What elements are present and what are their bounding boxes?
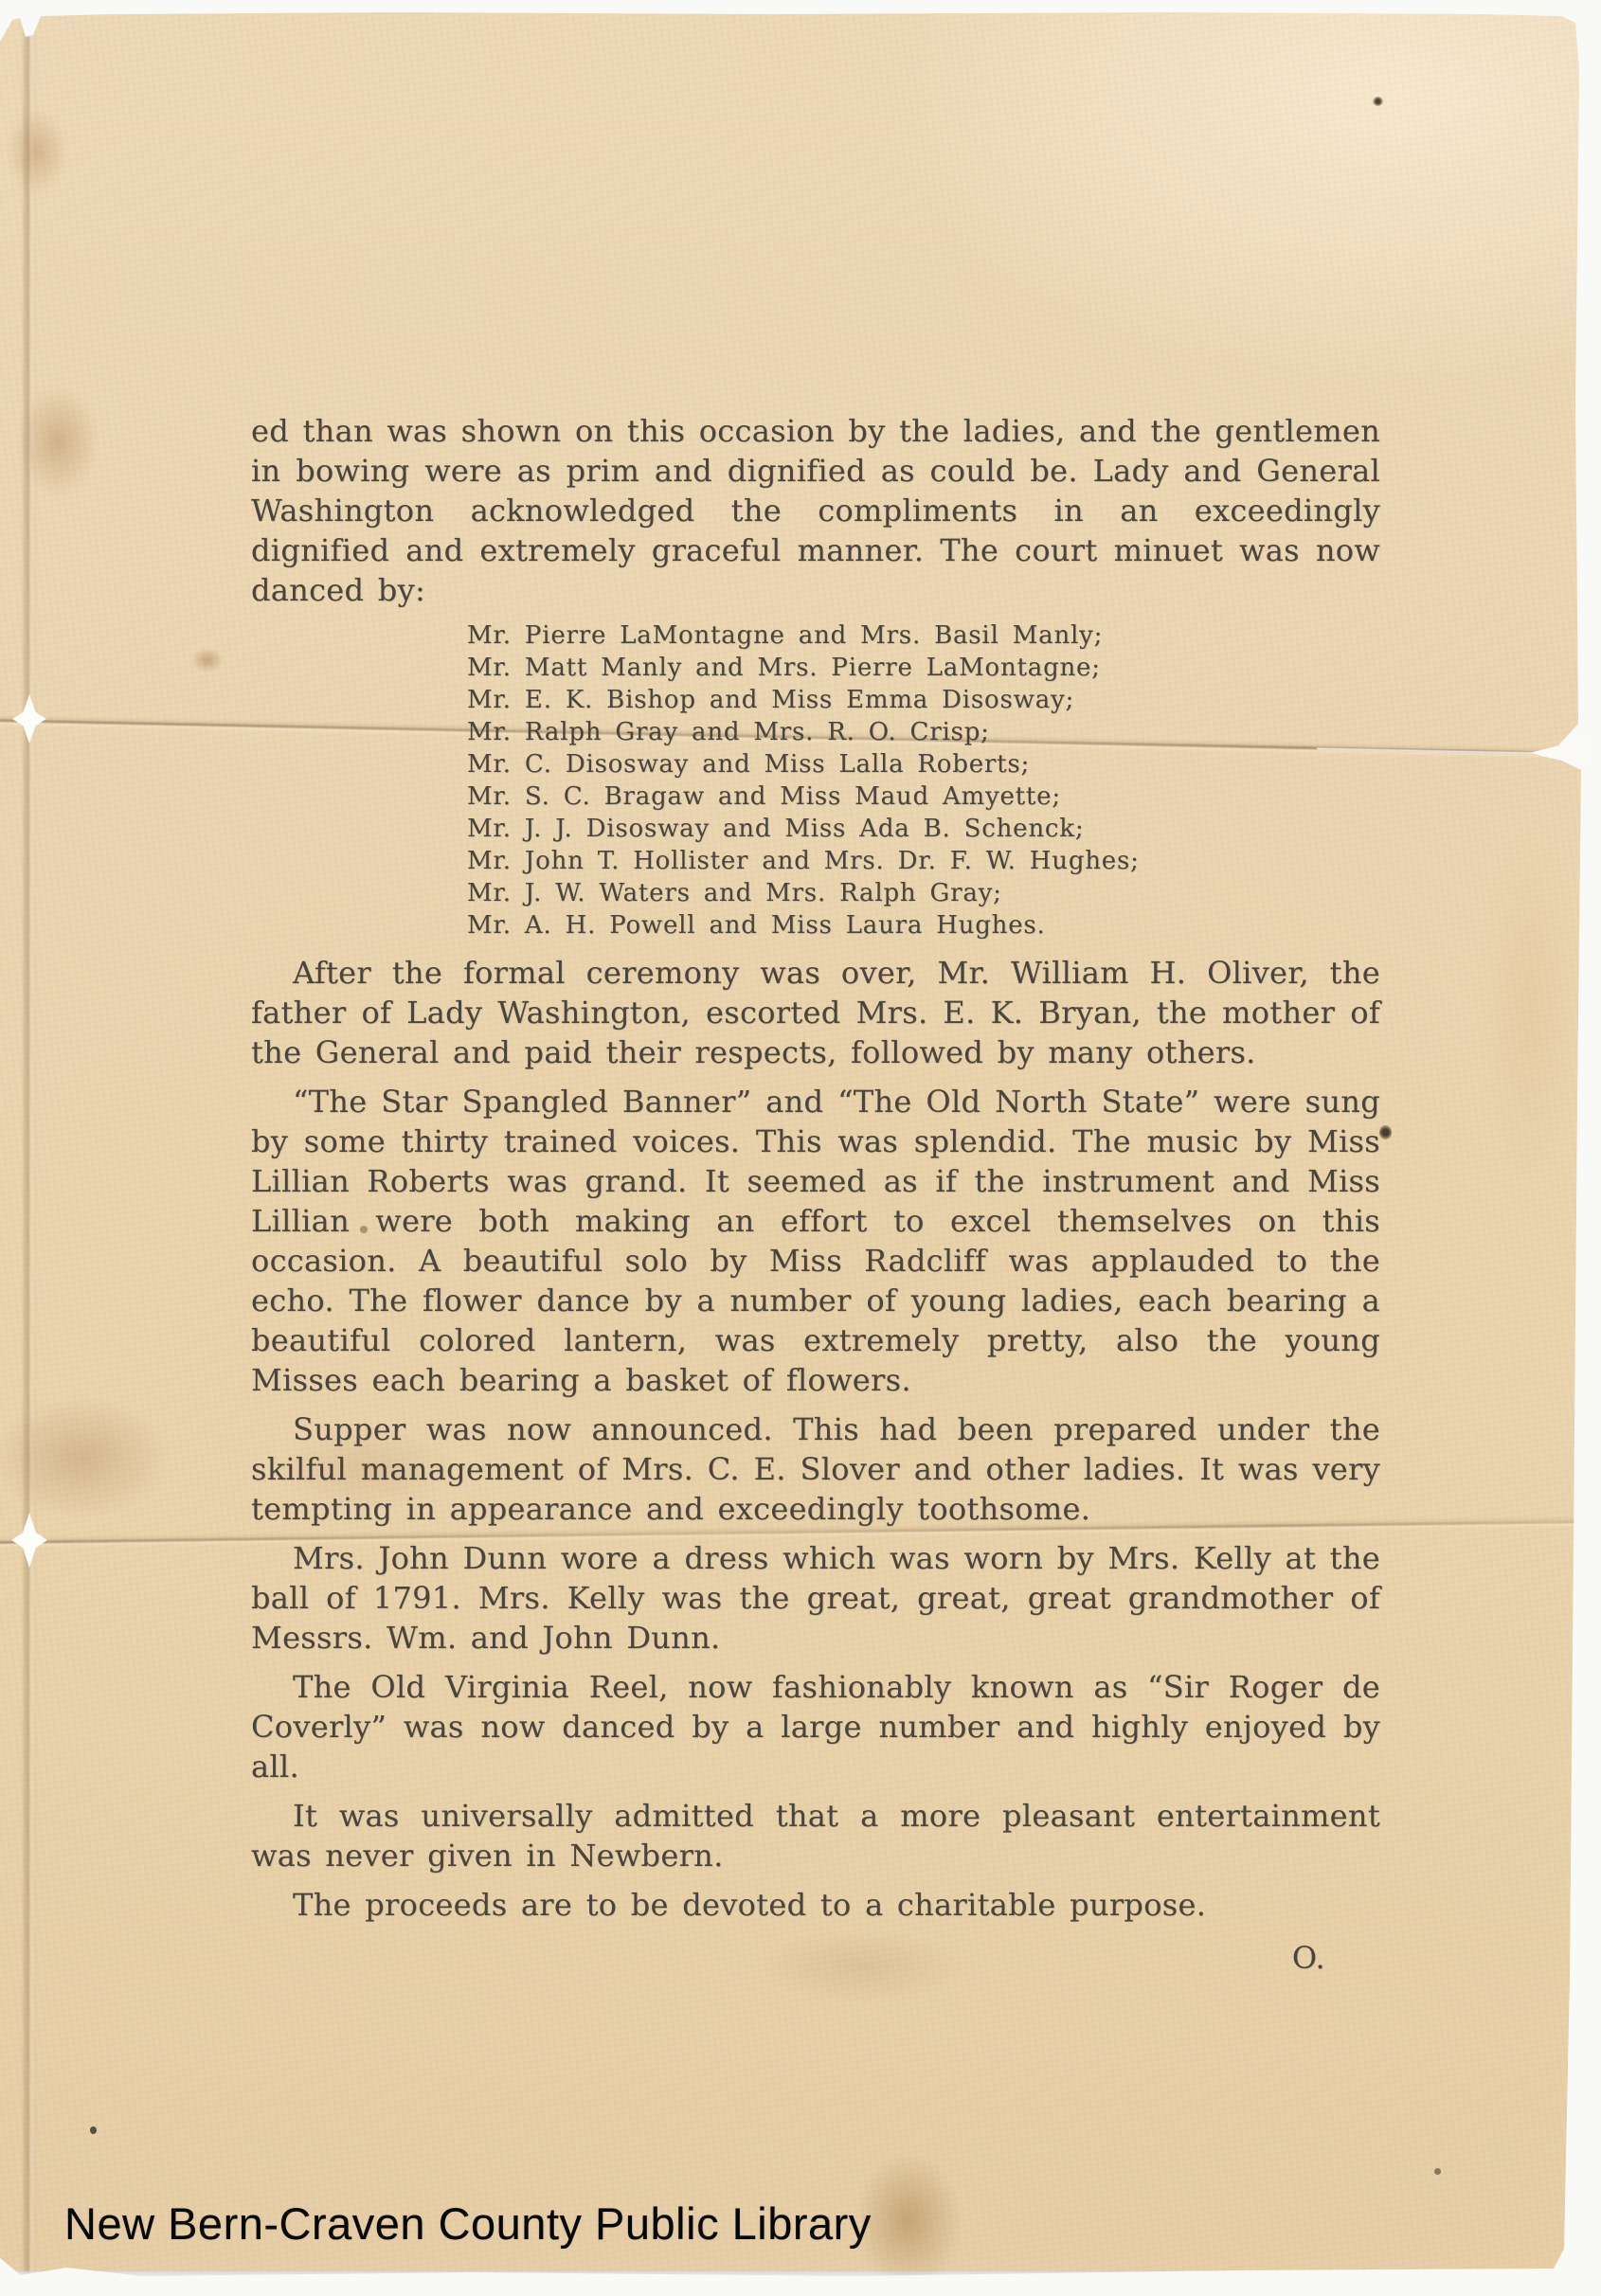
dancer-line: Mr. John T. Hollister and Mrs. Dr. F. W.… (467, 845, 1380, 877)
paragraph-entertainment: It was universally admitted that a more … (251, 1796, 1380, 1875)
stain-left-upper (15, 385, 100, 498)
ink-speck-right-margin (1379, 1125, 1392, 1139)
dancer-line: Mr. E. K. Bishop and Miss Emma Disosway; (467, 684, 1380, 716)
dancers-list: Mr. Pierre LaMontagne and Mrs. Basil Man… (467, 619, 1380, 942)
paragraph-supper: Supper was now announced. This had been … (251, 1409, 1380, 1529)
stain-left-top (6, 108, 68, 195)
dancer-line: Mr. J. W. Waters and Mrs. Ralph Gray; (467, 877, 1380, 909)
paragraph-virginia-reel: The Old Virginia Reel, now fashionably k… (251, 1667, 1380, 1786)
paragraph-dress: Mrs. John Dunn wore a dress which was wo… (251, 1538, 1380, 1658)
stain-small-spot (191, 648, 224, 673)
paper-sheet: ed than was shown on this occasion by th… (0, 6, 1584, 2271)
speck-bottom-right (1434, 2168, 1441, 2175)
signature-initial: O. (251, 1938, 1380, 1978)
paragraph-continuation: ed than was shown on this occasion by th… (251, 411, 1380, 610)
dancer-line: Mr. Pierre LaMontagne and Mrs. Basil Man… (467, 619, 1380, 652)
stain-right-faint (1473, 811, 1587, 1209)
speck-top-right (1373, 97, 1383, 106)
dancer-line: Mr. J. J. Disosway and Miss Ada B. Schen… (467, 813, 1380, 845)
paragraph-proceeds: The proceeds are to be devoted to a char… (251, 1885, 1380, 1925)
dancer-line: Mr. S. C. Bragaw and Miss Maud Amyette; (467, 780, 1380, 813)
vertical-fold-line (23, 6, 36, 2271)
dancer-line: Mr. A. H. Powell and Miss Laura Hughes. (467, 909, 1380, 942)
paragraph-after-ceremony: After the formal ceremony was over, Mr. … (251, 953, 1380, 1072)
scanned-document-page: { "document": { "paragraphs": { "p1": "e… (0, 0, 1601, 2296)
dancer-line: Mr. C. Disosway and Miss Lalla Roberts; (467, 748, 1380, 780)
printed-text-block: ed than was shown on this occasion by th… (251, 411, 1380, 1978)
speck-bottom-left (90, 2126, 97, 2134)
stain-bottom-streak (856, 2154, 961, 2287)
dancer-line: Mr. Ralph Gray and Mrs. R. O. Crisp; (467, 716, 1380, 748)
paragraph-music: “The Star Spangled Banner” and “The Old … (251, 1082, 1380, 1400)
library-caption: New Bern-Craven County Public Library (64, 2197, 872, 2250)
dancer-line: Mr. Matt Manly and Mrs. Pierre LaMontagn… (467, 652, 1380, 684)
